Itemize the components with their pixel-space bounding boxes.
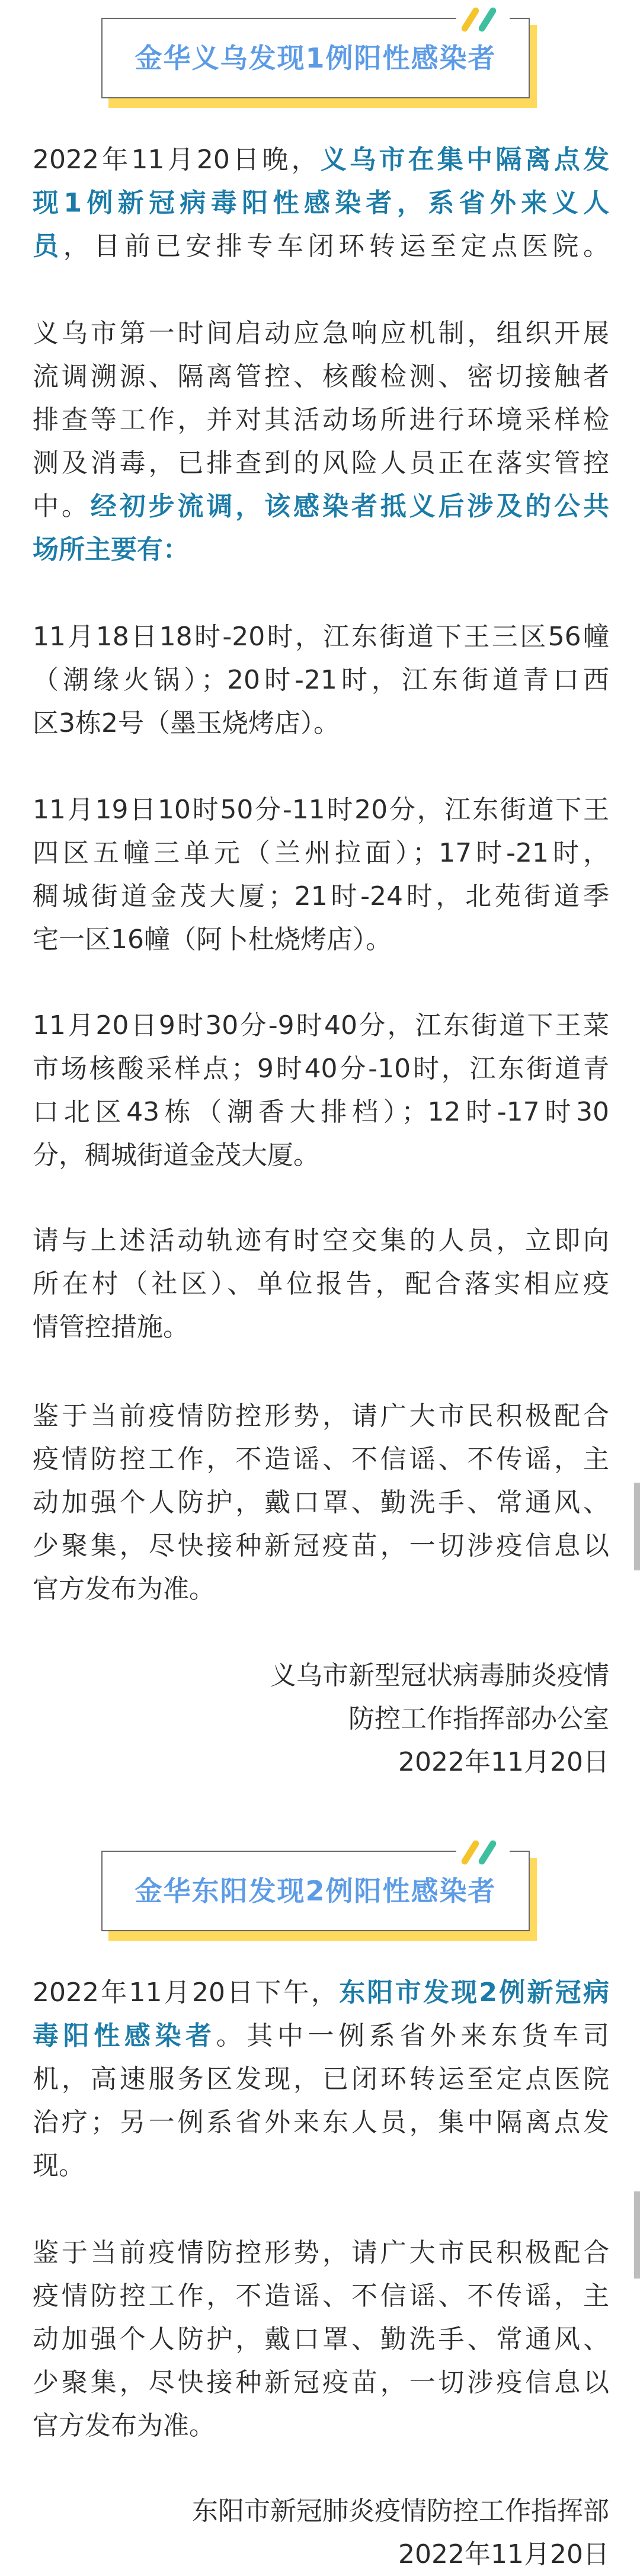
signature-office: 防控工作指挥部办公室	[270, 1697, 609, 1740]
section-title: 金华东阳发现2例阳性感染者	[101, 1872, 530, 1910]
text-line: 毒阳性感染者。其中一例系省外来东货车司	[33, 2014, 609, 2057]
text-line: 治疗；另一例系省外来东人员，集中隔离点发	[33, 2101, 609, 2144]
signature-date: 2022年11月20日	[270, 1740, 609, 1784]
text-line: 2022年11月20日晚，义乌市在集中隔离点发	[33, 138, 609, 181]
paragraph: 2022年11月20日晚，义乌市在集中隔离点发 现1例新冠病毒阳性感染者，系省外…	[33, 138, 609, 268]
text-line: 义乌市第一时间启动应急响应机制，组织开展	[33, 312, 609, 355]
paragraph: 鉴于当前疫情防控形势，请广大市民积极配合 疫情防控工作，不造谣、不信谣、不传谣，…	[33, 2231, 609, 2447]
signature-date: 2022年11月20日	[192, 2533, 609, 2576]
signature-block: 义乌市新型冠状病毒肺炎疫情 防控工作指挥部办公室 2022年11月20日	[270, 1654, 609, 1784]
signature-org: 东阳市新冠肺炎疫情防控工作指挥部	[192, 2489, 609, 2533]
paragraph: 11月19日10时50分-11时20分，江东街道下王 四区五幢三单元（兰州拉面）…	[33, 788, 609, 961]
text-line: 区3栋2号（墨玉烧烤店）。	[33, 702, 609, 745]
text-line: （潮缘火锅）；20时-21时，江东街道青口西	[33, 658, 609, 702]
text-line: 动加强个人防护，戴口罩、勤洗手、常通风、	[33, 2318, 609, 2361]
highlight-text: 经初步流调，该感染者抵义后涉及的公共	[91, 491, 609, 521]
header-border-top	[510, 18, 530, 19]
paragraph: 义乌市第一时间启动应急响应机制，组织开展 流调溯源、隔离管控、核酸检测、密切接触…	[33, 312, 609, 571]
text-line: 四区五幢三单元（兰州拉面）；17时-21时，	[33, 831, 609, 875]
signature-block: 东阳市新冠肺炎疫情防控工作指挥部 2022年11月20日	[192, 2489, 609, 2576]
text-line: 宅一区16幢（阿卜杜烧烤店）。	[33, 918, 609, 961]
highlight-text: 场所主要有：	[33, 528, 609, 571]
section-1-header: 金华义乌发现1例阳性感染者	[101, 18, 530, 100]
text-line: 情管控措施。	[33, 1305, 609, 1349]
paragraph: 11月18日18时-20时，江东街道下王三区56幢 （潮缘火锅）；20时-21时…	[33, 615, 609, 745]
highlight-text: 毒阳性感染者	[33, 2021, 216, 2051]
text-line: 稠城街道金茂大厦；21时-24时，北苑街道季	[33, 875, 609, 918]
text-line: 机，高速服务区发现，已闭环转运至定点医院	[33, 2057, 609, 2101]
text-line: 市场核酸采样点；9时40分-10时，江东街道青	[33, 1047, 609, 1090]
text-line: 员，目前已安排专车闭环转运至定点医院。	[33, 225, 609, 268]
paragraph: 2022年11月20日下午，东阳市发现2例新冠病 毒阳性感染者。其中一例系省外来…	[33, 1971, 609, 2187]
header-border-top	[101, 18, 456, 19]
signature-org: 义乌市新型冠状病毒肺炎疫情	[270, 1654, 609, 1697]
text-line: 少聚集，尽快接种新冠疫苗，一切涉疫信息以	[33, 1524, 609, 1567]
paragraph: 鉴于当前疫情防控形势，请广大市民积极配合 疫情防控工作，不造谣、不信谣、不传谣，…	[33, 1394, 609, 1611]
text-line: 排查等工作，并对其活动场所进行环境采样检	[33, 398, 609, 441]
text-line: 少聚集，尽快接种新冠疫苗，一切涉疫信息以	[33, 2361, 609, 2404]
text-line: 测及消毒，已排查到的风险人员正在落实管控	[33, 441, 609, 485]
paragraph: 11月20日9时30分-9时40分，江东街道下王菜 市场核酸采样点；9时40分-…	[33, 1004, 609, 1177]
text-line: 现。	[33, 2144, 609, 2187]
highlight-text: 现1例新冠病毒阳性感染者，系省外来义人	[33, 181, 609, 225]
text-line: 分，稠城街道金茂大厦。	[33, 1134, 609, 1177]
header-border-top	[510, 1851, 530, 1852]
highlight-text: 员	[33, 231, 63, 261]
text-line: 鉴于当前疫情防控形势，请广大市民积极配合	[33, 2231, 609, 2274]
section-2-header: 金华东阳发现2例阳性感染者	[101, 1851, 530, 1932]
highlight-text: 义乌市在集中隔离点发	[321, 145, 609, 175]
text-line: 口北区43栋（潮香大排档）；12时-17时30	[33, 1090, 609, 1134]
text-line: 疫情防控工作，不造谣、不信谣、不传谣，主	[33, 1438, 609, 1481]
highlight-text: 东阳市发现2例新冠病	[339, 1977, 609, 2008]
text-line: 所在村（社区）、单位报告，配合落实相应疫	[33, 1262, 609, 1305]
text-line: 鉴于当前疫情防控形势，请广大市民积极配合	[33, 1394, 609, 1438]
text-line: 流调溯源、隔离管控、核酸检测、密切接触者	[33, 355, 609, 398]
scrollbar-thumb[interactable]	[634, 2191, 640, 2279]
text-line: 11月18日18时-20时，江东街道下王三区56幢	[33, 615, 609, 658]
scrollbar-thumb[interactable]	[634, 1483, 640, 1570]
paragraph: 请与上述活动轨迹有时空交集的人员，立即向 所在村（社区）、单位报告，配合落实相应…	[33, 1219, 609, 1349]
text-line: 2022年11月20日下午，东阳市发现2例新冠病	[33, 1971, 609, 2014]
text-line: 疫情防控工作，不造谣、不信谣、不传谣，主	[33, 2274, 609, 2318]
text-line: 请与上述活动轨迹有时空交集的人员，立即向	[33, 1219, 609, 1262]
text-line: 官方发布为准。	[33, 2404, 609, 2447]
header-border-top	[101, 1851, 456, 1852]
text-line: 中。经初步流调，该感染者抵义后涉及的公共	[33, 485, 609, 528]
section-title: 金华义乌发现1例阳性感染者	[101, 39, 530, 77]
text-line: 11月19日10时50分-11时20分，江东街道下王	[33, 788, 609, 831]
text-line: 官方发布为准。	[33, 1567, 609, 1611]
text-line: 动加强个人防护，戴口罩、勤洗手、常通风、	[33, 1481, 609, 1524]
text-line: 11月20日9时30分-9时40分，江东街道下王菜	[33, 1004, 609, 1047]
